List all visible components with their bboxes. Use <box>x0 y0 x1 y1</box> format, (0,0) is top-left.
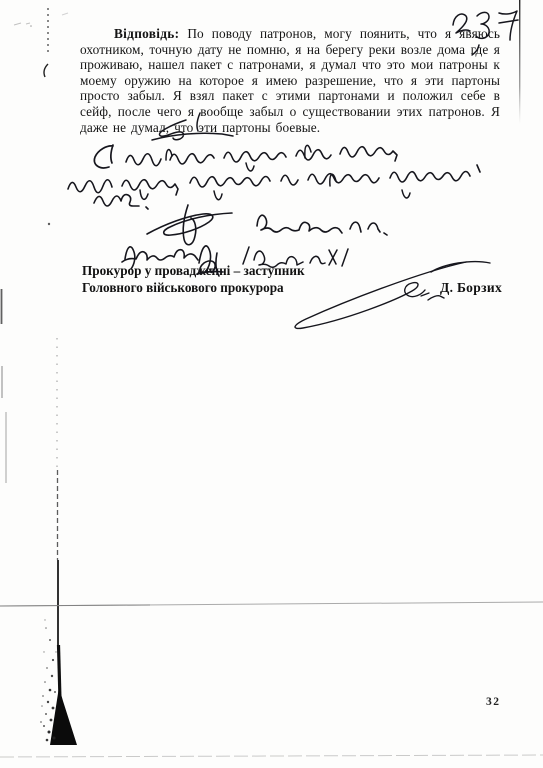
speck <box>30 25 32 27</box>
horizontal-scan-line-mid-dark <box>0 605 150 606</box>
speckle-cloud <box>40 619 57 741</box>
horizontal-scan-line-bottom <box>0 755 543 757</box>
horizontal-scan-line-mid <box>0 602 543 606</box>
binding-streak-thick <box>59 645 61 700</box>
faint-dash <box>62 13 68 15</box>
answer-paragraph: Відповідь: По поводу патронов, могу поян… <box>80 26 500 135</box>
answer-label: Відповідь: <box>114 26 179 41</box>
binding-streak-base <box>50 687 77 745</box>
speck <box>48 223 50 225</box>
witness-signature-main <box>147 205 387 245</box>
prosecutor-title-line1: Прокурор у провадженні – заступник <box>82 263 342 280</box>
faint-marks <box>14 23 30 25</box>
attestation-handwriting-line2 <box>68 165 480 200</box>
prosecutor-title: Прокурор у провадженні – заступник Голов… <box>82 263 342 296</box>
scanned-document-page: Відповідь: По поводу патронов, могу поян… <box>0 0 543 768</box>
page-edge-line-right <box>519 0 520 124</box>
answer-text: По поводу патронов, могу поянить, что я … <box>80 26 500 135</box>
attestation-handwriting-line1 <box>94 145 397 171</box>
page-number: 32 <box>486 696 501 708</box>
prosecutor-title-line2: Головного військового прокурора <box>82 280 342 297</box>
hook-mark <box>44 64 48 77</box>
attestation-handwriting-line3 <box>94 195 148 209</box>
prosecutor-name: Д. Борзих <box>440 280 502 296</box>
